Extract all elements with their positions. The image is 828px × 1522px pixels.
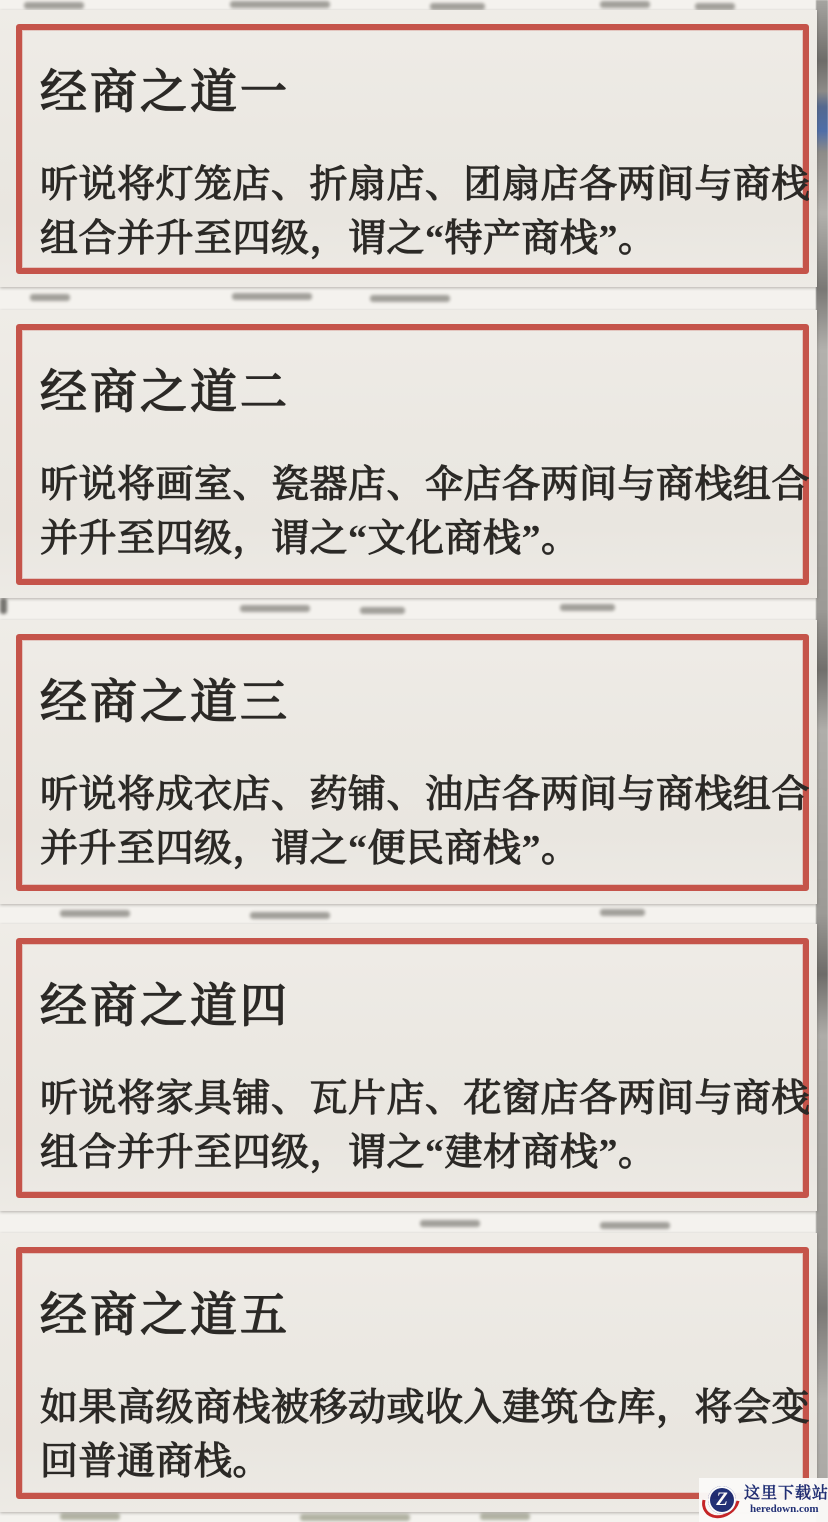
background-smudge xyxy=(480,1513,530,1520)
background-smudge xyxy=(60,910,130,917)
tip-card-4: 经商之道四 听说将家具铺、瓦片店、花窗店各两间与商栈 组合并升至四级，谓之“建材… xyxy=(0,924,817,1211)
background-smudge xyxy=(300,1514,410,1521)
tip-card-body-line: 回普通商栈。 xyxy=(40,1435,806,1489)
background-smudge xyxy=(600,1222,670,1229)
watermark-text: 这里下载站 heredown.com xyxy=(744,1484,828,1516)
tip-card-body: 听说将成衣店、药铺、油店各两间与商栈组合 并升至四级，谓之“便民商栈”。 xyxy=(40,768,806,876)
background-smudge xyxy=(600,909,645,916)
tip-card-2: 经商之道二 听说将画室、瓷器店、伞店各两间与商栈组合 并升至四级，谓之“文化商栈… xyxy=(0,310,817,598)
tip-card-title: 经商之道五 xyxy=(40,1278,290,1345)
tip-card-title: 经商之道三 xyxy=(40,665,290,732)
tip-card-body: 听说将灯笼店、折扇店、团扇店各两间与商栈 组合并升至四级，谓之“特产商栈”。 xyxy=(40,158,806,266)
watermark-site-name: 这里下载站 xyxy=(744,1484,828,1503)
background-smudge xyxy=(250,912,330,919)
tip-card-1: 经商之道一 听说将灯笼店、折扇店、团扇店各两间与商栈 组合并升至四级，谓之“特产… xyxy=(0,10,817,287)
tip-card-body-line: 组合并升至四级，谓之“特产商栈”。 xyxy=(40,212,806,266)
watermark-heredown: Z 这里下载站 heredown.com xyxy=(699,1478,828,1522)
background-smudge xyxy=(420,1220,480,1227)
tips-page: 经商之道一 听说将灯笼店、折扇店、团扇店各两间与商栈 组合并升至四级，谓之“特产… xyxy=(0,0,828,1522)
tip-card-body: 如果高级商栈被移动或收入建筑仓库，将会变 回普通商栈。 xyxy=(40,1381,806,1489)
background-smudge xyxy=(60,1513,120,1520)
tip-card-body-line: 组合并升至四级，谓之“建材商栈”。 xyxy=(40,1126,806,1180)
tip-card-3: 经商之道三 听说将成衣店、药铺、油店各两间与商栈组合 并升至四级，谓之“便民商栈… xyxy=(0,620,817,904)
tip-card-body: 听说将家具铺、瓦片店、花窗店各两间与商栈 组合并升至四级，谓之“建材商栈”。 xyxy=(40,1072,806,1180)
background-smudge xyxy=(0,598,7,614)
tip-card-body-line: 如果高级商栈被移动或收入建筑仓库，将会变 xyxy=(40,1381,806,1435)
background-smudge xyxy=(695,3,735,10)
tip-card-body-line: 并升至四级，谓之“便民商栈”。 xyxy=(40,822,806,876)
heredown-logo-icon: Z xyxy=(704,1482,740,1518)
tip-card-5: 经商之道五 如果高级商栈被移动或收入建筑仓库，将会变 回普通商栈。 xyxy=(0,1233,817,1512)
tip-card-body-line: 听说将画室、瓷器店、伞店各两间与商栈组合 xyxy=(40,458,806,512)
logo-letter: Z xyxy=(708,1486,736,1514)
tip-card-title: 经商之道二 xyxy=(40,355,290,422)
tip-card-title: 经商之道四 xyxy=(40,969,290,1036)
tip-card-body-line: 听说将灯笼店、折扇店、团扇店各两间与商栈 xyxy=(40,158,806,212)
tip-card-body-line: 听说将成衣店、药铺、油店各两间与商栈组合 xyxy=(40,768,806,822)
background-smudge xyxy=(230,1,330,8)
watermark-domain: heredown.com xyxy=(750,1503,828,1516)
background-edge-strip xyxy=(816,0,828,1522)
background-smudge xyxy=(560,604,615,611)
background-smudge xyxy=(232,293,312,300)
background-smudge xyxy=(240,605,310,612)
tip-card-body-line: 听说将家具铺、瓦片店、花窗店各两间与商栈 xyxy=(40,1072,806,1126)
background-smudge xyxy=(370,295,450,302)
background-smudge xyxy=(600,1,650,8)
background-smudge xyxy=(24,2,84,9)
tip-card-title: 经商之道一 xyxy=(40,55,290,122)
background-smudge xyxy=(430,3,485,10)
tip-card-body-line: 并升至四级，谓之“文化商栈”。 xyxy=(40,512,806,566)
background-smudge xyxy=(30,294,70,301)
background-smudge xyxy=(360,607,405,614)
tip-card-body: 听说将画室、瓷器店、伞店各两间与商栈组合 并升至四级，谓之“文化商栈”。 xyxy=(40,458,806,566)
